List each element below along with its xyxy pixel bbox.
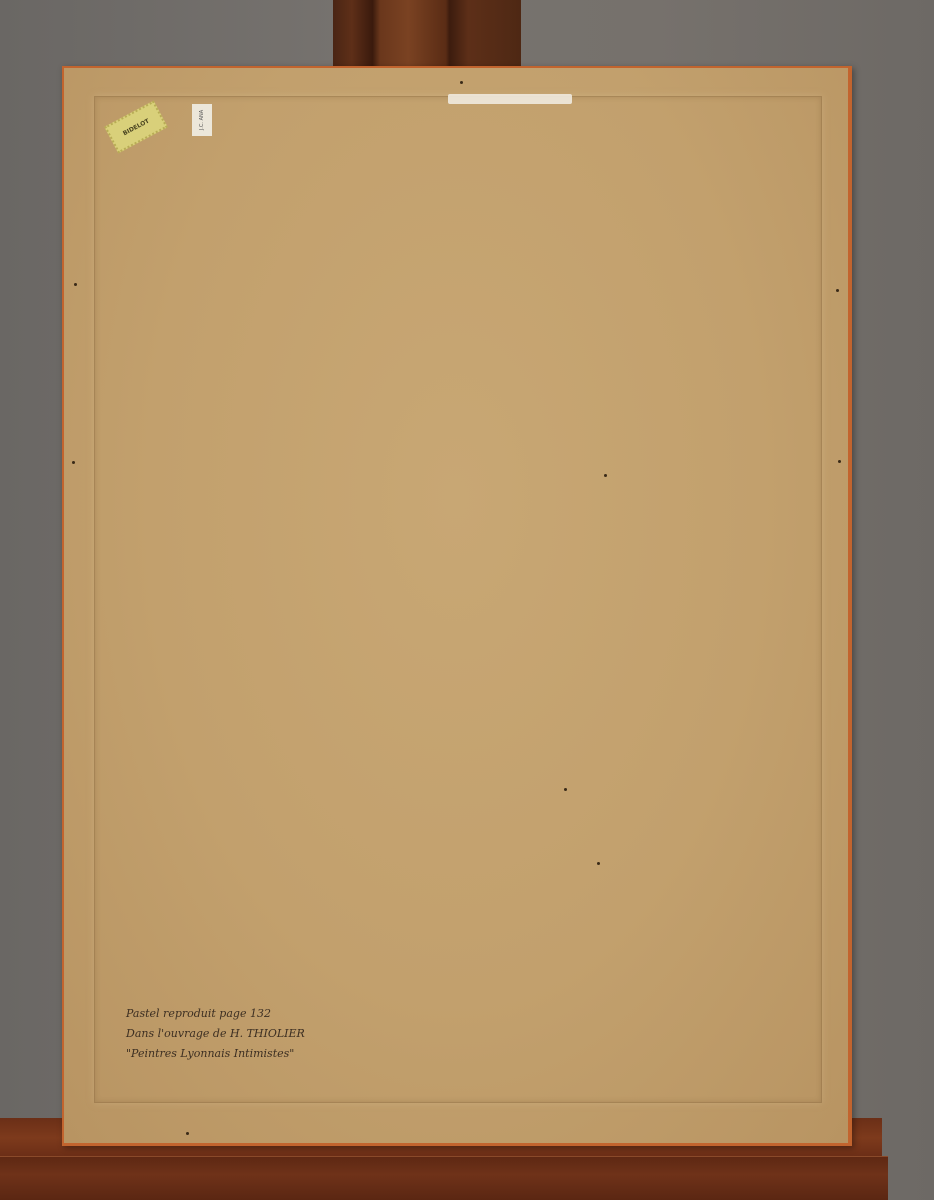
nail-hole — [72, 461, 75, 464]
inscription-line-2: Dans l'ouvrage de H. THIOLIER — [126, 1024, 305, 1044]
nail-hole — [836, 289, 839, 292]
speck — [564, 788, 567, 791]
picture-frame: BIDELOT J.C. ANA Pastel reproduit page 1… — [62, 66, 852, 1146]
white-sticker-label: J.C. ANA — [192, 104, 212, 136]
nail-hole — [838, 460, 841, 463]
inscription-line-1: Pastel reproduit page 132 — [126, 1004, 305, 1024]
board-bevel — [94, 96, 822, 1103]
white-label-text: J.C. ANA — [199, 110, 205, 130]
backing-board: BIDELOT J.C. ANA Pastel reproduit page 1… — [64, 68, 848, 1143]
inscription-line-3: "Peintres Lyonnais Intimistes" — [126, 1044, 305, 1064]
easel-shelf-front — [0, 1156, 888, 1200]
easel-post — [333, 0, 521, 70]
tape-residue — [448, 94, 572, 104]
handwritten-inscription: Pastel reproduit page 132 Dans l'ouvrage… — [126, 1004, 305, 1064]
nail-hole — [460, 81, 463, 84]
speck — [597, 862, 600, 865]
speck — [604, 474, 607, 477]
speck — [186, 1132, 189, 1135]
nail-hole — [74, 283, 77, 286]
